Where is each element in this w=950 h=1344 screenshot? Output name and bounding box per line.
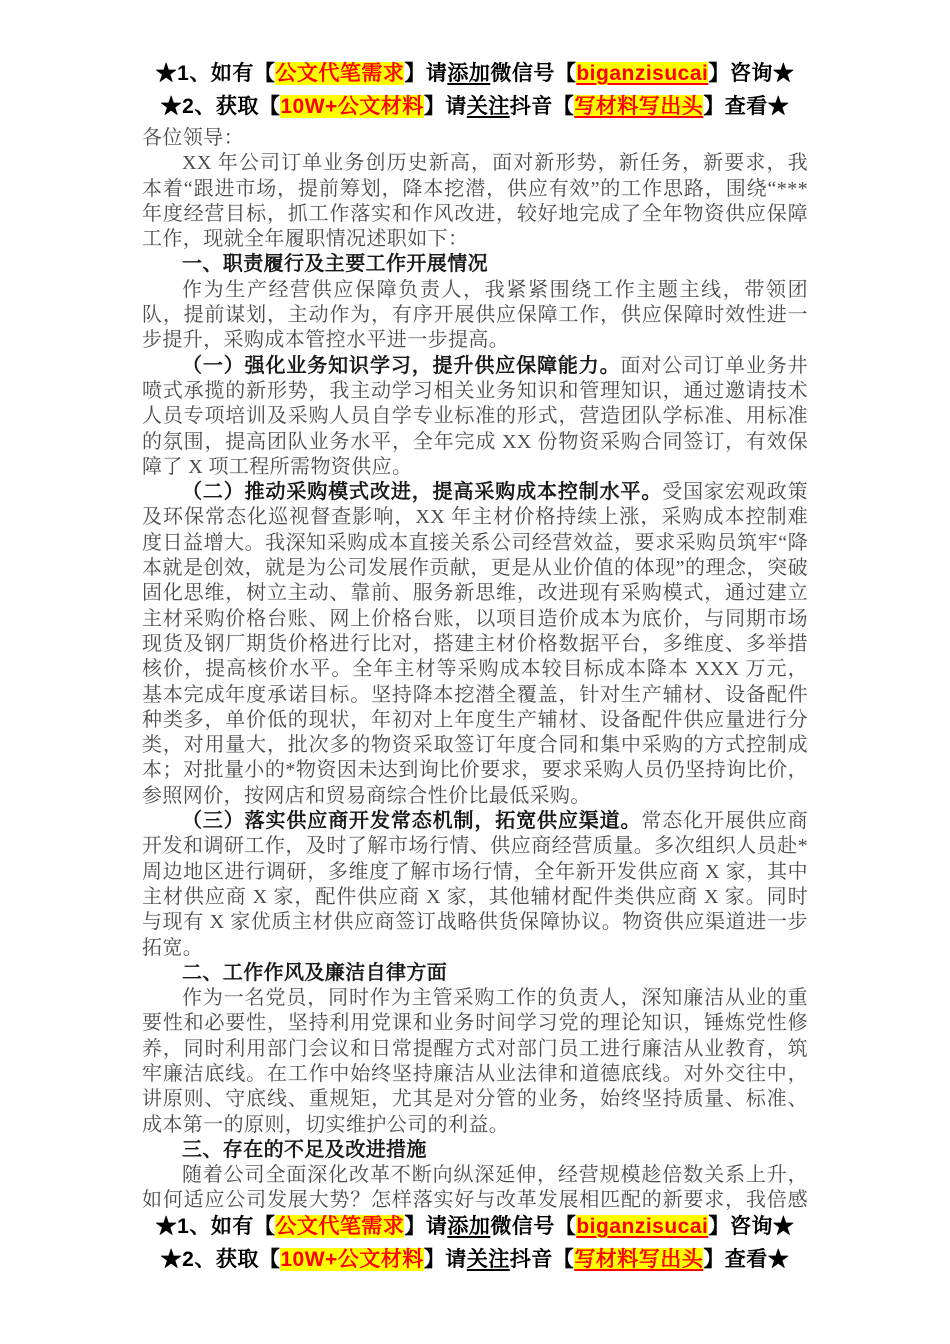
section-heading: 三、存在的不足及改进措施: [142, 1138, 808, 1163]
document-paragraph: （一）强化业务知识学习，提升供应保障能力。面对公司订单业务井喷式承揽的新形势，我…: [142, 354, 808, 480]
promo-text: 】请: [404, 1215, 447, 1238]
promo-highlight-text: 添加: [447, 1215, 490, 1238]
salutation: 各位领导：: [142, 126, 808, 151]
promo-highlight-text: 公文代笔需求: [275, 1215, 404, 1238]
promo-text: ★2、获取【: [161, 95, 281, 118]
promo-highlight-text: 写材料写出头: [574, 95, 703, 118]
document-paragraph: 随着公司全面深化改革不断向纵深延伸，经营规模趁倍数关系上升，如何适应公司发展大势…: [142, 1163, 808, 1214]
promo-text: 】请: [404, 62, 447, 85]
promo-highlight-text: 添加: [447, 62, 490, 85]
promo-banner-top: ★1、如有【公文代笔需求】请添加微信号【biganzisucai】咨询★ ★2、…: [0, 0, 950, 123]
promo-text: 】请: [424, 1248, 467, 1271]
promo-highlight-text: 10W+公文材料: [280, 95, 423, 118]
promo-banner-top-line-2: ★2、获取【10W+公文材料】请关注抖音【写材料写出头】查看★: [0, 90, 950, 123]
promo-banner-bottom-line-1: ★1、如有【公文代笔需求】请添加微信号【biganzisucai】咨询★: [0, 1210, 950, 1243]
document-paragraph: XX 年公司订单业务创历史新高，面对新形势，新任务，新要求，我本着“跟进市场，提…: [142, 151, 808, 252]
promo-text: ★1、如有【: [156, 1215, 276, 1238]
promo-highlight-text: biganzisucai: [576, 62, 708, 85]
document-paragraph: 作为生产经营供应保障负责人，我紧紧围绕工作主题主线，带领团队，提前谋划，主动作为…: [142, 278, 808, 354]
document-body: 各位领导： XX 年公司订单业务创历史新高，面对新形势，新任务，新要求，我本着“…: [142, 126, 808, 1214]
promo-text: ★1、如有【: [156, 62, 276, 85]
promo-text: 抖音【: [510, 1248, 575, 1271]
document-paragraph: （二）推动采购模式改进，提高采购成本控制水平。受国家宏观政策及环保常态化巡视督查…: [142, 480, 808, 809]
promo-text: 微信号【: [490, 62, 576, 85]
promo-text: 】查看★: [703, 95, 789, 118]
paragraph-list: XX 年公司订单业务创历史新高，面对新形势，新任务，新要求，我本着“跟进市场，提…: [142, 151, 808, 1214]
promo-text: 】咨询★: [708, 1215, 794, 1238]
section-heading: 二、工作作风及廉洁自律方面: [142, 961, 808, 986]
document-paragraph: 作为一名党员，同时作为主管采购工作的负责人，深知廉洁从业的重要性和必要性，坚持利…: [142, 986, 808, 1138]
promo-text: ★2、获取【: [161, 1248, 281, 1271]
promo-text: 微信号【: [490, 1215, 576, 1238]
promo-highlight-text: 关注: [467, 95, 510, 118]
paragraph-lead: （二）推动采购模式改进，提高采购成本控制水平。: [182, 481, 662, 503]
promo-text: 】咨询★: [708, 62, 794, 85]
promo-text: 】查看★: [703, 1248, 789, 1271]
paragraph-lead: （三）落实供应商开发常态机制，拓宽供应渠道。: [182, 810, 641, 832]
promo-highlight-text: 公文代笔需求: [275, 62, 404, 85]
promo-banner-top-line-1: ★1、如有【公文代笔需求】请添加微信号【biganzisucai】咨询★: [0, 57, 950, 90]
promo-text: 抖音【: [510, 95, 575, 118]
paragraph-lead: （一）强化业务知识学习，提升供应保障能力。: [182, 355, 621, 377]
document-paragraph: （三）落实供应商开发常态机制，拓宽供应渠道。常态化开展供应商开发和调研工作，及时…: [142, 809, 808, 961]
promo-highlight-text: 10W+公文材料: [280, 1248, 423, 1271]
document-page: ★1、如有【公文代笔需求】请添加微信号【biganzisucai】咨询★ ★2、…: [0, 0, 950, 1344]
promo-banner-bottom: ★1、如有【公文代笔需求】请添加微信号【biganzisucai】咨询★ ★2、…: [0, 1210, 950, 1276]
promo-text: 】请: [424, 95, 467, 118]
promo-banner-bottom-line-2: ★2、获取【10W+公文材料】请关注抖音【写材料写出头】查看★: [0, 1243, 950, 1276]
promo-highlight-text: 写材料写出头: [574, 1248, 703, 1271]
promo-highlight-text: biganzisucai: [576, 1215, 708, 1238]
section-heading: 一、职责履行及主要工作开展情况: [142, 252, 808, 277]
promo-highlight-text: 关注: [467, 1248, 510, 1271]
